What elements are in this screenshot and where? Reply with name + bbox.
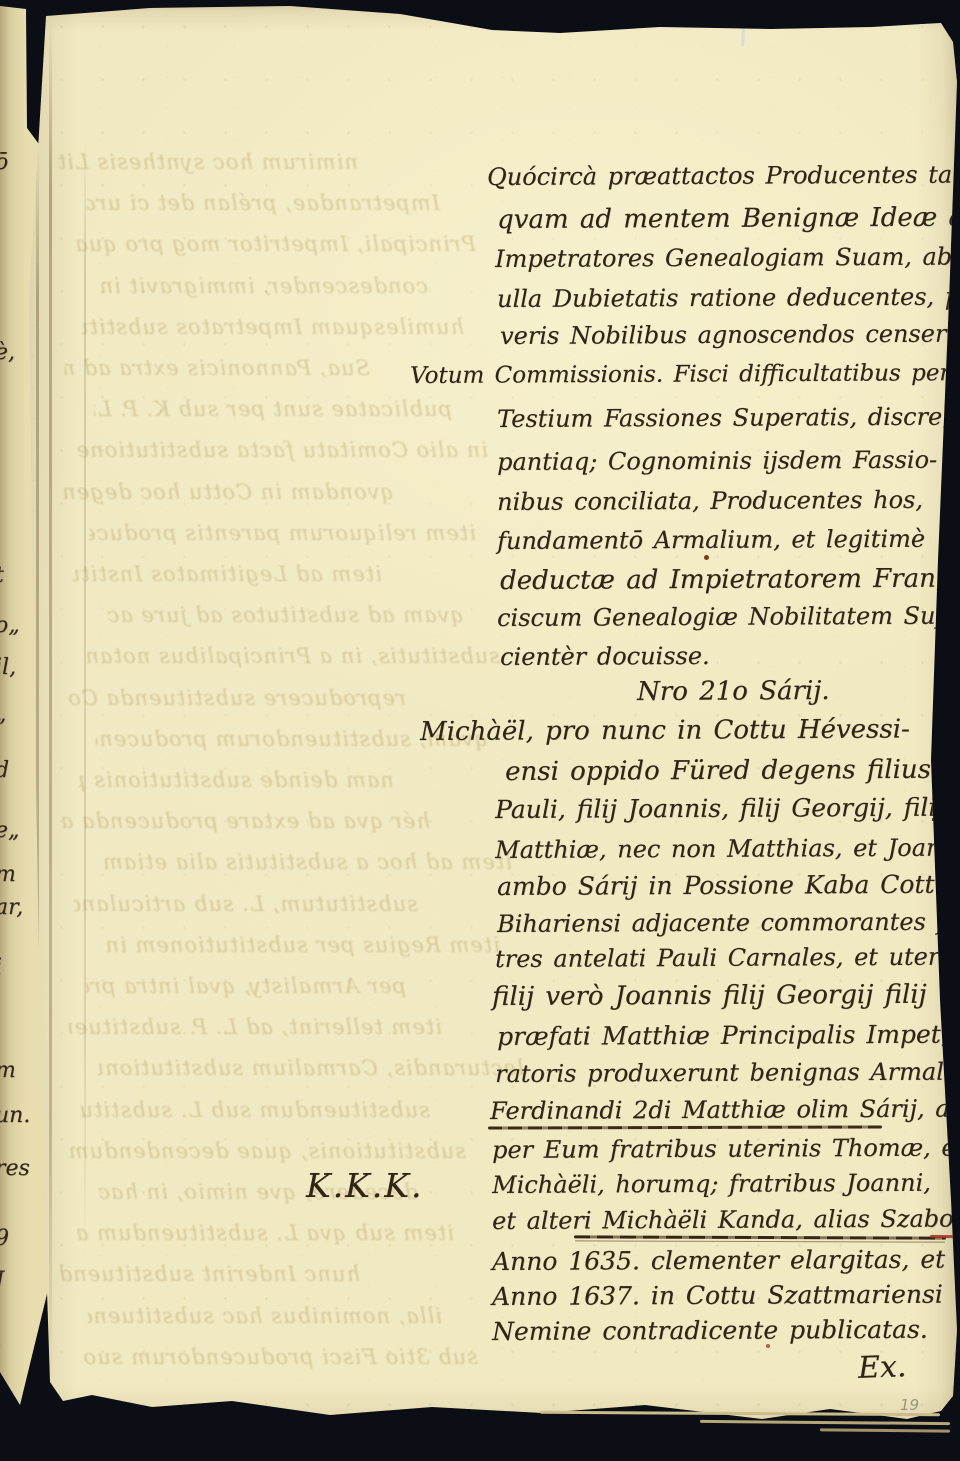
manuscript-line: fundamentō Armalium, et legitimè	[497, 525, 925, 555]
manuscript-line: veris Nobilibus agnoscendos censeri.	[500, 320, 960, 350]
previous-page-text-fragment: m	[0, 862, 16, 887]
bleedthrough-line: condescender, immigravit inse ad sui	[99, 274, 428, 298]
bleedthrough-line: lecturandis, Carmalium substitutionum et	[98, 1056, 524, 1080]
bleedthrough-line: substituendum sub L. substituto	[81, 1098, 430, 1122]
previous-page-text-fragment: J	[0, 1268, 4, 1293]
manuscript-line: Ferdinandi 2di Matthiæ olim Sárij, ac	[490, 1095, 960, 1125]
manuscript-line: filij verò Joannis filij Georgij filij	[492, 980, 927, 1012]
bleedthrough-line: qvondam in Cottu hoc degentis, ex super	[60, 480, 394, 504]
previous-page-text-fragment: un.	[0, 1103, 30, 1128]
previous-page-text-fragment: 9	[0, 1226, 9, 1251]
bleedthrough-line: item sub qva L. substituendum a Civilita…	[76, 1221, 454, 1245]
page-stack-edge	[700, 1420, 950, 1425]
manuscript-line: deductæ ad Impietratorem Fran„	[500, 564, 949, 596]
page-stack-edge	[820, 1428, 950, 1432]
ink-blot	[704, 555, 709, 560]
previous-page-text-fragment: res	[0, 1156, 30, 1181]
manuscript-line: et alteri Michàëli Kanda, alias Szabo	[492, 1205, 954, 1235]
bleedthrough-line: Principali, Impetritor mog pro qua	[70, 232, 476, 256]
closing-mark-ex: Ex.	[857, 1349, 907, 1386]
manuscript-line: ulla Dubietatis ratione deducentes, pro	[497, 282, 960, 313]
red-ink-underline-tip	[930, 1235, 960, 1238]
manuscript-line: Michàël, pro nunc in Cottu Hévessi-	[420, 714, 910, 747]
fold-crease	[84, 140, 86, 1260]
bleedthrough-line: Impetrandae, prélan det ci uradis	[87, 191, 440, 215]
bleedthrough-line: item Regius per substitutionem in hac	[103, 933, 500, 957]
manuscript-line: ambo Sárij in Possione Kaba Cottui	[497, 870, 959, 901]
previous-page-text-fragment: d	[0, 758, 9, 783]
previous-page-text-fragment: ō	[0, 150, 8, 175]
bleedthrough-line: hunc Inderint substituendum, et Principi…	[59, 1262, 360, 1286]
manuscript-line: qvam ad mentem Benignæ Ideæ ad	[497, 202, 960, 235]
bleedthrough-line: substitutum, L. sub articulandus Princip…	[74, 892, 418, 916]
bleedthrough-line: in alio Comitatu facta substitutionem	[77, 438, 488, 462]
manuscript-line: Impetratores Genealogiam Suam, absq;	[495, 242, 960, 273]
previous-page-text-fragment: è,	[0, 340, 15, 365]
manuscript-line: Votum Commissionis. Fisci difficultatibu…	[410, 360, 950, 389]
binding-crease	[49, 20, 52, 1390]
manuscript-line: ensi oppido Füred degens filius	[505, 755, 931, 787]
bleedthrough-line: item reliquorum parentis producendum	[89, 521, 476, 545]
manuscript-line: Bihariensi adjacente commorantes fra„	[497, 907, 960, 938]
manuscript-line: nibus conciliata, Producentes hos,	[497, 486, 923, 516]
previous-page-text-fragment: e„	[0, 818, 19, 843]
manuscript-line: Nro 21o Sárij.	[637, 676, 830, 707]
manuscript-line: Testium Fassiones Superatis, discre„	[497, 403, 955, 433]
manuscript-line: per Eum fratribus uterinis Thomæ, et	[492, 1134, 960, 1164]
bleedthrough-line: item tellerint, ad L. P. substituendum p…	[69, 1015, 442, 1039]
previous-page-text-fragment: il,	[0, 655, 16, 680]
folio-number-pencil: 19	[900, 1396, 919, 1414]
margin-note-kkk: K.K.K.	[306, 1166, 423, 1205]
bleedthrough-line: sub 3tio Fisci producendorum suo	[71, 1345, 478, 1369]
previous-page-text-fragment: i	[0, 955, 2, 980]
previous-page-text-fragment: t	[0, 563, 4, 588]
manuscript-line: Anno 1637. in Cottu Szattmariensi	[492, 1280, 943, 1311]
manuscript-page: nimirum hoc synthesis LiteraImpetrandae,…	[0, 0, 960, 1461]
bleedthrough-line: Sua, Pannonicis extra ad mente	[65, 356, 370, 380]
manuscript-line: ratoris produxerunt benignas Armales	[495, 1058, 960, 1088]
scratch-mark	[741, 0, 746, 46]
bleedthrough-line: illa, nominibus hac substituendorum	[88, 1304, 442, 1328]
manuscript-line: Anno 1635. clementer elargitas, et	[492, 1245, 945, 1276]
bleedthrough-line: reproducere substituenda Comissio	[67, 686, 406, 710]
red-ink-blot	[766, 1344, 770, 1348]
bleedthrough-line: hér qva ad extare producenda a	[62, 809, 430, 833]
manuscript-line: ciscum Genealogiæ Nobilitatem Suffi-	[497, 602, 960, 632]
manuscript-line: Nemine contradicente publicatas.	[492, 1315, 928, 1346]
emphasis-underline-ferdinandi	[488, 1125, 882, 1129]
bleedthrough-line: item ad hoc a substitutis alia etiam	[91, 850, 512, 874]
bleedthrough-line: nam deinde substitutionis per L. Com	[79, 768, 394, 792]
manuscript-line: tres antelati Pauli Carnales, et uterini…	[495, 942, 960, 973]
manuscript-line: Pauli, filij Joannis, filij Georgij, fil…	[495, 793, 944, 824]
bleedthrough-line: substitutionis, quae decendendum non ma	[64, 1139, 466, 1163]
manuscript-line: præfati Matthiæ Principalis Impet„	[497, 1020, 954, 1051]
previous-page-text-fragment: m	[0, 1058, 16, 1083]
previous-page-text-fragment: .	[0, 1328, 2, 1353]
manuscript-line: cientèr docuisse.	[500, 642, 710, 671]
archive-scan: ōè,to„il,„de„mar,imun.res9J. nimirum hoc…	[0, 0, 960, 1461]
manuscript-line: Michàëli, horumq; fratribus Joanni,	[492, 1169, 931, 1199]
bleedthrough-line: publicatae sunt per sub K. P. Lithary	[94, 397, 452, 421]
previous-page-text-fragment: o„	[0, 613, 20, 638]
manuscript-line: pantiaq; Cognominis ijsdem Fassio-	[497, 446, 937, 476]
bleedthrough-line: humilesquam Impetratos substituendum	[82, 315, 464, 339]
bleedthrough-line: substitutis, in a Principalibus notandum	[84, 644, 500, 668]
bleedthrough-line: per Armalisty, qval intra producendis	[86, 974, 406, 998]
bleedthrough-line: item ad Legitimatos Instituendum	[72, 562, 382, 586]
manuscript-line: Quócircà præattactos Producentes tan„	[487, 160, 960, 191]
bleedthrough-line: qvam ad substitutos ad jure ac substet	[101, 603, 464, 627]
manuscript-line: Matthiæ, nec non Matthias, et Joannes	[495, 833, 960, 864]
previous-page-text-fragment: ar,	[0, 895, 23, 920]
previous-page-text-fragment: „	[0, 702, 6, 727]
emphasis-underline-kanda-szabo	[574, 1235, 946, 1239]
bleedthrough-line: nimirum hoc synthesis Litera	[58, 150, 358, 174]
